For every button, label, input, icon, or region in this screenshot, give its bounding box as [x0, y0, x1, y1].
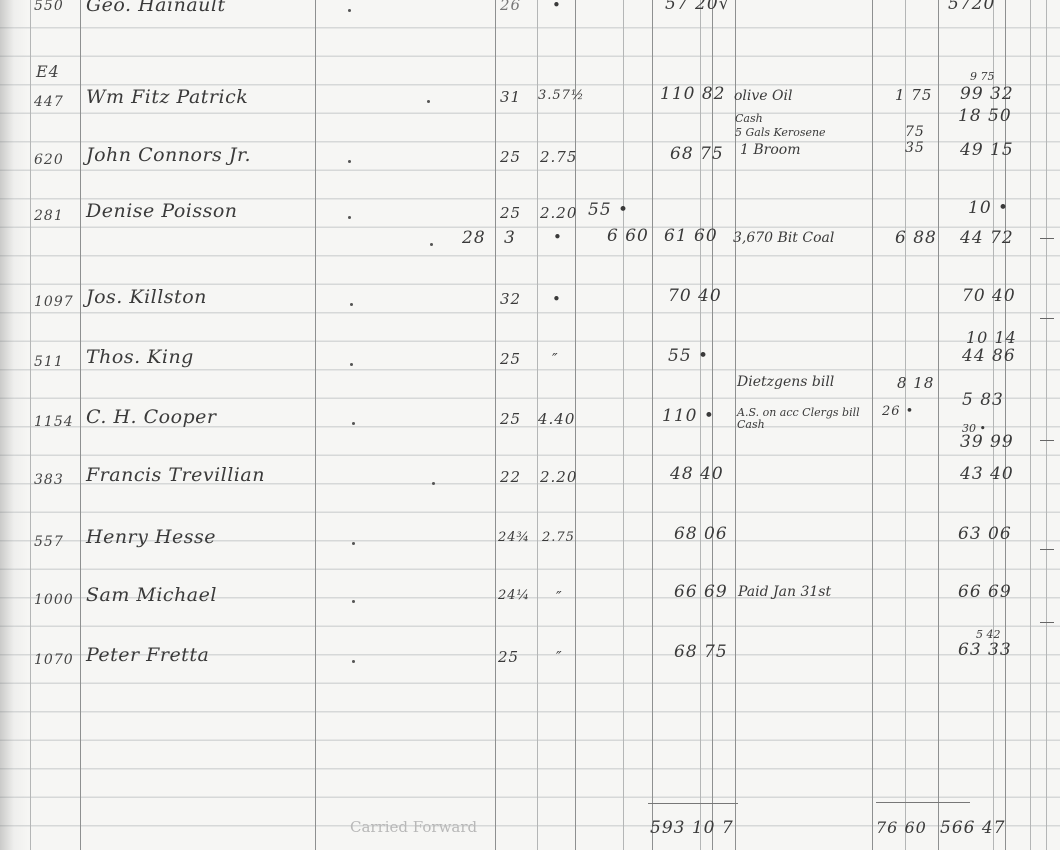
item-description: 5 Gals Kerosene: [735, 126, 826, 139]
charge: 1 75: [895, 86, 932, 104]
balance: 44 86: [962, 346, 1016, 366]
account-number: 1154: [34, 414, 74, 430]
balance-total: 566 47: [940, 818, 1005, 838]
amount: 110 82: [660, 84, 725, 104]
rate: 25: [498, 648, 519, 666]
rate: 3: [504, 228, 516, 248]
column-rule: [495, 0, 496, 850]
account-number: 1000: [34, 592, 74, 608]
charge: 6 88: [895, 228, 937, 248]
customer-name: Francis Trevillian: [86, 464, 265, 486]
balance: 63 06: [958, 524, 1012, 544]
rate-b: 2.20: [540, 468, 577, 486]
account-number: 447: [34, 94, 64, 110]
rate-b: •: [552, 290, 562, 308]
description-note: Dietzgens bill: [737, 374, 834, 390]
amount: 70 40: [668, 286, 722, 306]
rate: 24¼: [498, 588, 530, 603]
amount: 68 75: [670, 144, 724, 164]
balance: 63 33: [958, 640, 1012, 660]
rate-b: •: [552, 0, 562, 14]
account-number: 557: [34, 534, 64, 550]
item-description-2: 1 Broom: [740, 142, 800, 158]
charge-note: 8 18: [897, 374, 934, 392]
section-marker: E4: [36, 62, 60, 81]
account-number: 511: [34, 354, 64, 370]
balance: 39 99: [960, 432, 1014, 452]
rate-b: 2.20: [540, 204, 577, 222]
charge: 26 •: [882, 404, 914, 419]
column-rule: [1030, 0, 1031, 850]
amount: 48 40: [670, 464, 724, 484]
column-rule: [315, 0, 316, 850]
column-rule: [1046, 0, 1047, 850]
amount: 61 60: [664, 226, 718, 246]
account-number: 281: [34, 208, 64, 224]
column-rule: [80, 0, 81, 850]
account-number: 383: [34, 472, 64, 488]
item-description: olive Oil: [734, 88, 792, 104]
rate: 22: [500, 468, 521, 486]
account-number: 550: [34, 0, 64, 14]
column-rule: [30, 0, 31, 850]
item-description: Paid Jan 31st: [738, 584, 831, 600]
amount: 55 •: [668, 346, 709, 366]
amount: 68 75: [674, 642, 728, 662]
customer-name: Geo. Hainault: [86, 0, 226, 16]
item-description-2: Cash: [737, 418, 765, 431]
balance: 44 72: [960, 228, 1014, 248]
column-rule: [938, 0, 939, 850]
customer-name: Denise Poisson: [86, 200, 238, 222]
rate: 24¾: [498, 530, 530, 545]
amount: 68 06: [674, 524, 728, 544]
rate-b: ″: [552, 350, 559, 368]
customer-name: Wm Fitz Patrick: [86, 86, 248, 108]
extra-amount: 6 60: [607, 226, 649, 246]
column-rule: [652, 0, 653, 850]
customer-name: Peter Fretta: [86, 644, 209, 666]
ledger-page: E4 550 Geo. Hainault 26 • 57 20√ 5720 44…: [0, 0, 1060, 850]
balance: 99 32: [960, 84, 1014, 104]
charges-total: 76 60: [876, 818, 927, 837]
rate: 25: [500, 350, 521, 368]
rate-b: 3.57½: [538, 88, 585, 103]
balance-note: 10 14: [966, 328, 1017, 347]
balance-note: 5 83: [962, 390, 1004, 410]
rate: 32: [500, 290, 521, 308]
column-rule: [993, 0, 994, 850]
balance: 66 69: [958, 582, 1012, 602]
rate: 25: [500, 148, 521, 166]
account-number: 1070: [34, 652, 74, 668]
amount: 66 69: [674, 582, 728, 602]
total-rule: [648, 803, 738, 804]
customer-name: C. H. Cooper: [86, 406, 217, 428]
rate: 31: [500, 88, 521, 106]
charge-2: 35: [905, 140, 925, 156]
balance: 5720: [948, 0, 995, 14]
rate-b: •: [553, 228, 563, 246]
rate: 25: [500, 410, 521, 428]
customer-name: Henry Hesse: [86, 526, 216, 548]
customer-name: Sam Michael: [86, 584, 217, 606]
balance: 70 40: [962, 286, 1016, 306]
column-rule: [1005, 0, 1006, 850]
rate-b: 4.40: [538, 410, 575, 428]
amount-total: 593 10 7: [650, 818, 734, 838]
column-rule: [623, 0, 624, 850]
balance: 49 15: [960, 140, 1014, 160]
column-rule: [872, 0, 873, 850]
carried-forward-label: Carried Forward: [350, 818, 477, 836]
description-note: Cash: [735, 112, 763, 125]
rate-b: ″: [556, 648, 563, 666]
balance-note: 18 50: [958, 106, 1012, 126]
days: 28: [462, 228, 486, 248]
balance: 10 •: [968, 198, 1009, 218]
customer-name: Jos. Killston: [86, 286, 207, 308]
total-rule: [876, 802, 970, 803]
account-number: 620: [34, 152, 64, 168]
rate: 26: [500, 0, 521, 14]
rate-b: 2.75: [542, 530, 575, 545]
customer-name: John Connors Jr.: [86, 144, 251, 166]
charge: 75: [905, 124, 925, 140]
customer-name: Thos. King: [86, 346, 194, 368]
balance: 43 40: [960, 464, 1014, 484]
item-description: 3,670 Bit Coal: [733, 230, 834, 246]
amount: 110 •: [662, 406, 715, 426]
rate-b: ″: [556, 588, 563, 606]
rate-b: 2.75: [540, 148, 577, 166]
rate: 25: [500, 204, 521, 222]
account-number: 1097: [34, 294, 74, 310]
balance-note: 9 75: [970, 70, 995, 83]
amount: 57 20√: [665, 0, 731, 14]
extra-amount: 55 •: [588, 200, 629, 220]
